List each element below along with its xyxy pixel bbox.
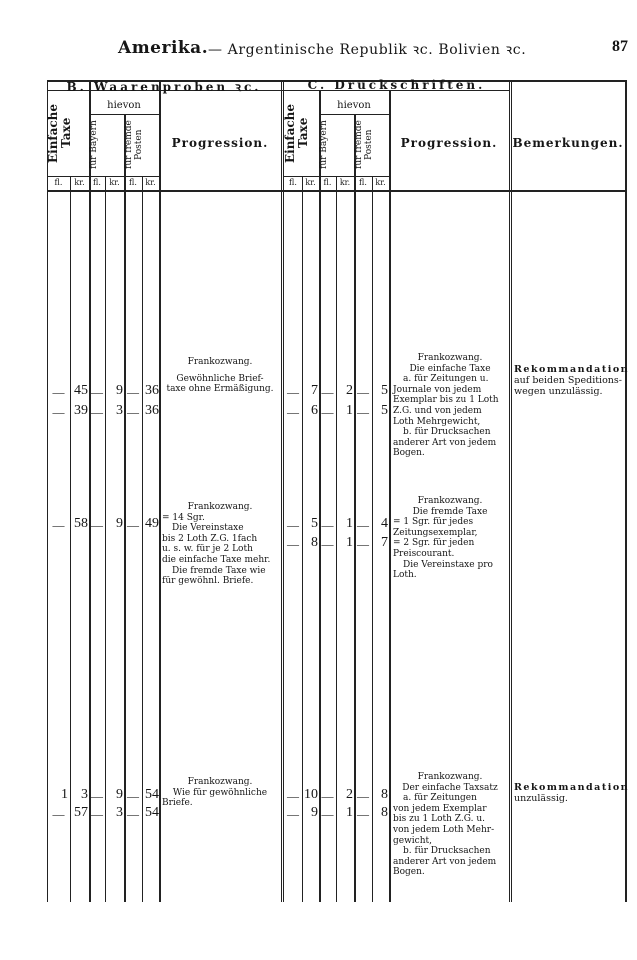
value-cell: 9 <box>105 383 123 399</box>
value-cell: 8 <box>302 535 318 551</box>
grid-line <box>284 176 389 177</box>
value-cell: — <box>47 405 70 420</box>
value-cell: — <box>89 405 105 420</box>
value-cell: 3 <box>105 403 123 419</box>
section-b-progression-header: Progression. <box>159 136 281 150</box>
text-line: bis 2 Loth Z.G. 1fach <box>162 534 278 545</box>
text-line: a. für Zeitungen u. <box>393 374 507 385</box>
unit-label: fl. <box>319 178 336 187</box>
section-c-progression-text: Frankozwang. Der einfache Taxsatz a. für… <box>393 772 507 878</box>
section-c-progression-text: Frankozwang. Die einfache Taxe a. für Ze… <box>393 353 507 459</box>
value-cell: 54 <box>142 787 159 803</box>
section-c-tax-header: Einfache Taxe <box>284 92 319 174</box>
header-title: Amerika. <box>118 38 208 58</box>
value-cell: 10 <box>302 787 318 803</box>
section-b-fremde-header: für fremde Posten <box>124 116 159 174</box>
section-c-hievon-header: hievon <box>319 100 389 111</box>
section-b-progression-text: Frankozwang. = 14 Sgr. Die Vereinstaxe b… <box>162 502 278 587</box>
value-cell: 1 <box>336 403 353 419</box>
value-cell: 36 <box>142 403 159 419</box>
remarks-header: Bemerkungen. <box>511 136 625 150</box>
value-cell: — <box>354 807 372 822</box>
text-line: = 1 Sgr. für jedes <box>393 517 507 528</box>
text-line: die einfache Taxe mehr. <box>162 555 278 566</box>
text-line: Bogen. <box>393 448 507 459</box>
text-line: a. für Zeitungen <box>393 793 507 804</box>
value-cell: 57 <box>70 805 88 821</box>
value-cell: 6 <box>302 403 318 419</box>
section-c-bayern-header: für Bayern <box>319 116 354 174</box>
value-cell: 3 <box>70 787 88 803</box>
text-line: Die fremde Taxe <box>393 507 507 518</box>
text-line: Frankozwang. <box>393 353 507 364</box>
grid-line <box>319 90 321 902</box>
text-line: Rekommandation <box>514 782 624 793</box>
value-cell: 54 <box>142 805 159 821</box>
value-cell: — <box>47 385 70 400</box>
text-line: Die einfache Taxe <box>393 364 507 375</box>
text-line: auf beiden Speditions- <box>514 375 622 386</box>
section-b-bayern-header: für Bayern <box>89 116 124 174</box>
text-line: Wie für gewöhnliche <box>162 788 278 799</box>
text-line: Die Vereinstaxe pro <box>393 560 507 571</box>
value-cell: 2 <box>336 383 353 399</box>
value-cell: — <box>284 385 302 400</box>
value-cell: 8 <box>372 787 388 803</box>
value-cell: 45 <box>70 383 88 399</box>
page-number: 87 <box>612 38 628 56</box>
unit-label: kr. <box>142 178 159 187</box>
value-cell: — <box>89 385 105 400</box>
text-line: Frankozwang. <box>162 777 278 788</box>
value-cell: — <box>124 518 142 533</box>
unit-label: kr. <box>336 178 354 187</box>
grid-line <box>89 114 159 115</box>
unit-label: kr. <box>302 178 319 187</box>
unit-label: kr. <box>105 178 124 187</box>
value-cell: 5 <box>372 403 388 419</box>
value-cell: 9 <box>105 516 123 532</box>
text-line: Briefe. <box>162 798 278 809</box>
value-cell: — <box>89 518 105 533</box>
value-cell: 7 <box>372 535 388 551</box>
value-cell: — <box>319 789 336 804</box>
section-divider <box>281 80 284 902</box>
value-cell: — <box>89 807 105 822</box>
value-cell: 1 <box>336 805 353 821</box>
grid-line <box>389 90 391 902</box>
section-c-progression-header: Progression. <box>389 136 509 150</box>
value-cell: — <box>284 518 302 533</box>
remarks-text: Rekommandation auf beiden Speditions- we… <box>514 364 624 397</box>
value-cell: 7 <box>302 383 318 399</box>
value-cell: 8 <box>372 805 388 821</box>
value-cell: 1 <box>336 535 353 551</box>
value-cell: 9 <box>302 805 318 821</box>
value-cell: 5 <box>372 383 388 399</box>
text-line: Loth Mehrgewicht, <box>393 417 507 428</box>
value-cell: 5 <box>302 516 318 532</box>
text-line: für gewöhnl. Briefe. <box>162 576 278 587</box>
value-cell: — <box>319 405 336 420</box>
value-cell: — <box>284 807 302 822</box>
unit-label: fl. <box>354 178 372 187</box>
section-b-hievon-header: hievon <box>89 100 159 111</box>
unit-label: fl. <box>124 178 142 187</box>
grid-line <box>47 176 159 177</box>
value-cell: — <box>89 789 105 804</box>
value-cell: — <box>284 405 302 420</box>
value-cell: — <box>354 405 372 420</box>
header-bottom-border <box>47 190 627 192</box>
unit-label: fl. <box>47 178 70 187</box>
text-line: Loth. <box>393 570 507 581</box>
text-line: b. für Drucksachen <box>393 846 507 857</box>
text-line: Der einfache Taxsatz <box>393 783 507 794</box>
value-cell: — <box>47 807 70 822</box>
value-cell: 39 <box>70 403 88 419</box>
text-line: Exemplar bis zu 1 Loth <box>393 395 507 406</box>
value-cell: 58 <box>70 516 88 532</box>
value-cell: — <box>124 385 142 400</box>
value-cell: — <box>284 789 302 804</box>
section-c-fremde-header: für fremde Posten <box>354 116 389 174</box>
value-cell: — <box>47 518 70 533</box>
text-line: taxe ohne Ermäßigung. <box>162 384 278 395</box>
value-cell: — <box>124 807 142 822</box>
text-line: Frankozwang. <box>393 772 507 783</box>
header-subtitle: — Argentinische Republik ꝛc. Bolivien ꝛc… <box>208 40 526 59</box>
value-cell: — <box>354 385 372 400</box>
value-cell: — <box>319 537 336 552</box>
unit-label: kr. <box>70 178 89 187</box>
value-cell: 1 <box>47 787 68 803</box>
text-line: gewicht, <box>393 836 507 847</box>
section-b-progression-text: Frankozwang. Wie für gewöhnliche Briefe. <box>162 777 278 809</box>
text-line: Preiscourant. <box>393 549 507 560</box>
value-cell: 3 <box>105 805 123 821</box>
value-cell: — <box>319 518 336 533</box>
value-cell: 36 <box>142 383 159 399</box>
value-cell: — <box>284 537 302 552</box>
text-line: Bogen. <box>393 867 507 878</box>
grid-line <box>124 114 126 902</box>
text-line: anderer Art von jedem <box>393 438 507 449</box>
text-line: Z.G. und von jedem <box>393 406 507 417</box>
remarks-divider <box>509 80 512 902</box>
section-b-progression-text: Frankozwang. Gewöhnliche Brief- taxe ohn… <box>162 357 278 395</box>
value-cell: — <box>354 537 372 552</box>
value-cell: 1 <box>336 516 353 532</box>
text-line: Frankozwang. <box>162 357 278 368</box>
grid-line <box>354 114 356 902</box>
text-line: Frankozwang. <box>162 502 278 513</box>
remarks-text: Rekommandation unzulässig. <box>514 782 624 804</box>
unit-label: fl. <box>284 178 302 187</box>
section-b-tax-header: Einfache Taxe <box>47 92 89 174</box>
value-cell: — <box>319 807 336 822</box>
text-line: Die fremde Taxe wie <box>162 566 278 577</box>
unit-label: kr. <box>372 178 389 187</box>
table-right-border <box>625 80 627 902</box>
value-cell: — <box>124 789 142 804</box>
text-line: Journale von jedem <box>393 385 507 396</box>
text-line: = 2 Sgr. für jeden <box>393 538 507 549</box>
text-line: Frankozwang. <box>393 496 507 507</box>
value-cell: — <box>124 405 142 420</box>
table-left-border <box>47 80 48 902</box>
text-line: wegen unzulässig. <box>514 386 603 397</box>
text-line: von jedem Loth Mehr- <box>393 825 507 836</box>
postal-rate-table: B. Waarenproben ꝛc. Einfache Taxe hievon… <box>47 80 627 902</box>
grid-line <box>89 80 91 902</box>
text-line: = 14 Sgr. <box>162 513 278 524</box>
text-line: bis zu 1 Loth Z.G. u. <box>393 814 507 825</box>
value-cell: 4 <box>372 516 388 532</box>
value-cell: — <box>319 385 336 400</box>
page-header: Amerika. — Argentinische Republik ꝛc. Bo… <box>118 38 628 62</box>
text-line: Rekommandation <box>514 364 624 375</box>
text-line: Gewöhnliche Brief- <box>162 374 278 385</box>
text-line: Die Vereinstaxe <box>162 523 278 534</box>
value-cell: 2 <box>336 787 353 803</box>
text-line: von jedem Exemplar <box>393 804 507 815</box>
grid-line <box>319 114 389 115</box>
text-line: anderer Art von jedem <box>393 857 507 868</box>
text-line: Zeitungsexemplar, <box>393 528 507 539</box>
section-c-progression-text: Frankozwang. Die fremde Taxe = 1 Sgr. fü… <box>393 496 507 581</box>
value-cell: — <box>354 789 372 804</box>
value-cell: 49 <box>142 516 159 532</box>
value-cell: 9 <box>105 787 123 803</box>
unit-label: fl. <box>89 178 105 187</box>
grid-line <box>159 80 161 902</box>
section-c-title: C. Druckschriften. <box>284 78 509 92</box>
value-cell: — <box>354 518 372 533</box>
text-line: u. s. w. für je 2 Loth <box>162 544 278 555</box>
text-line: unzulässig. <box>514 793 568 804</box>
text-line: b. für Drucksachen <box>393 427 507 438</box>
